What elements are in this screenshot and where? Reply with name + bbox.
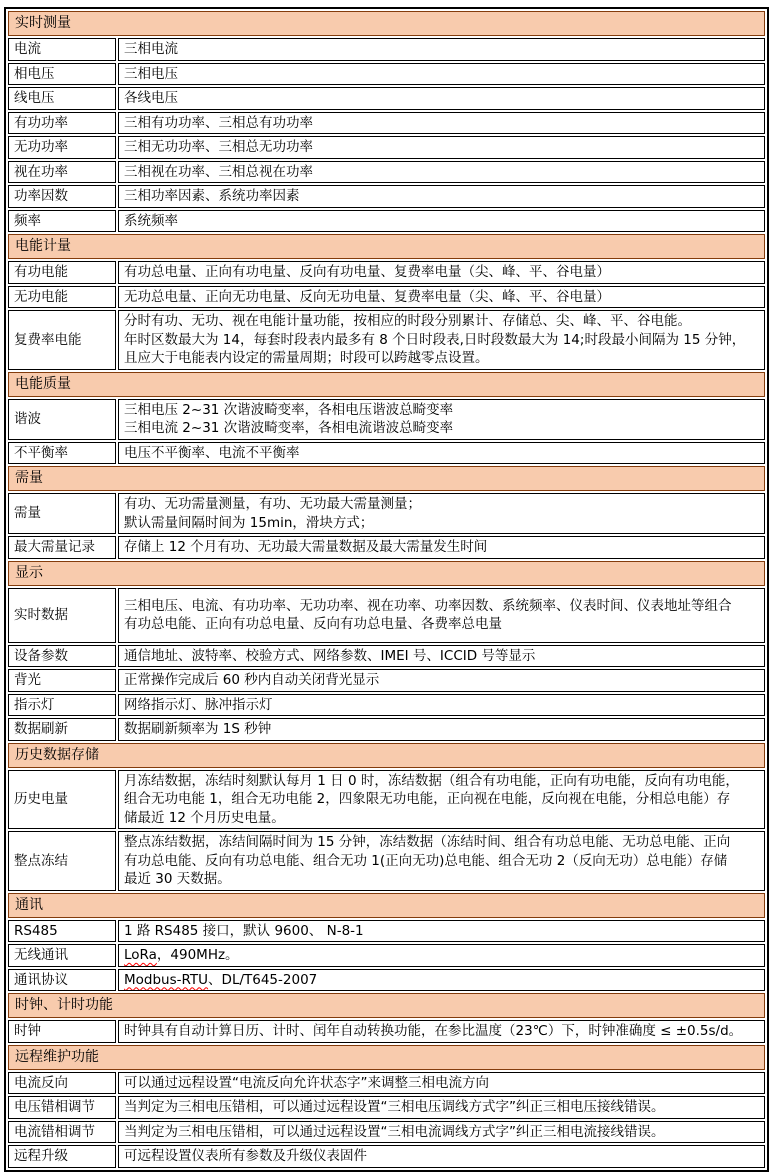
row-label: 无功功率: [8, 136, 116, 159]
row-label: 有功电能: [8, 261, 116, 284]
table-row: 需量有功、无功需量测量，有功、无功最大需量测量；默认需量间隔时间为 15min，…: [8, 493, 765, 534]
table-row: 最大需量记录存储上 12 个月有功、无功最大需量数据及最大需量发生时间: [8, 536, 765, 559]
section-row: 电能计量: [8, 234, 765, 259]
row-label: 时钟: [8, 1020, 116, 1043]
table-row: 有功功率三相有功功率、三相总有功功率: [8, 112, 765, 135]
table-row: 背光正常操作完成后 60 秒内自动关闭背光显示: [8, 669, 765, 692]
section-header: 电能计量: [8, 234, 765, 259]
row-label: 指示灯: [8, 694, 116, 717]
table-row: 无线通讯LoRa，490MHz。: [8, 944, 765, 967]
row-content: 三相电压、电流、有功功率、无功功率、视在功率、功率因数、系统频率、仪表时间、仪表…: [118, 588, 765, 643]
row-label: 电流错相调节: [8, 1121, 116, 1144]
row-content: 月冻结数据，冻结时刻默认每月 1 日 0 时，冻结数据（组合有功电能，正向有功电…: [118, 770, 765, 830]
section-row: 远程维护功能: [8, 1045, 765, 1070]
section-row: 实时测量: [8, 11, 765, 36]
table-row: 复费率电能分时有功、无功、视在电能计量功能，按相应的时段分别累计、存储总、尖、峰…: [8, 310, 765, 370]
table-row: 频率系统频率: [8, 210, 765, 233]
row-label: 功率因数: [8, 185, 116, 208]
spec-table-body: 实时测量电流三相电流相电压三相电压线电压各线电压有功功率三相有功功率、三相总有功…: [8, 11, 765, 1168]
row-content: 1 路 RS485 接口，默认 9600、 N-8-1: [118, 920, 765, 943]
table-row: 功率因数三相功率因素、系统功率因素: [8, 185, 765, 208]
table-row: 不平衡率电压不平衡率、电流不平衡率: [8, 442, 765, 465]
table-row: 无功功率三相无功功率、三相总无功功率: [8, 136, 765, 159]
section-header: 通讯: [8, 893, 765, 918]
section-row: 时钟、计时功能: [8, 993, 765, 1018]
row-label: 有功功率: [8, 112, 116, 135]
row-content: 三相功率因素、系统功率因素: [118, 185, 765, 208]
row-label: 频率: [8, 210, 116, 233]
row-label: 线电压: [8, 87, 116, 110]
row-content: 系统频率: [118, 210, 765, 233]
table-row: 谐波三相电压 2~31 次谐波畸变率，各相电压谐波总畸变率三相电流 2~31 次…: [8, 399, 765, 440]
table-row: 数据刷新数据刷新频率为 1S 秒钟: [8, 718, 765, 741]
row-label: 复费率电能: [8, 310, 116, 370]
row-label: 无线通讯: [8, 944, 116, 967]
table-row: 指示灯网络指示灯、脉冲指示灯: [8, 694, 765, 717]
section-header: 实时测量: [8, 11, 765, 36]
table-row: 电流错相调节当判定为三相电压错相，可以通过远程设置“三相电流调线方式字”纠正三相…: [8, 1121, 765, 1144]
table-row: RS4851 路 RS485 接口，默认 9600、 N-8-1: [8, 920, 765, 943]
row-content: 当判定为三相电压错相，可以通过远程设置“三相电压调线方式字”纠正三相电压接线错误…: [118, 1096, 765, 1119]
row-label: 远程升级: [8, 1145, 116, 1168]
row-content: 三相无功功率、三相总无功功率: [118, 136, 765, 159]
row-label: 设备参数: [8, 645, 116, 668]
row-label: 谐波: [8, 399, 116, 440]
row-label: 不平衡率: [8, 442, 116, 465]
row-content: 可远程设置仪表所有参数及升级仪表固件: [118, 1145, 765, 1168]
table-row: 实时数据三相电压、电流、有功功率、无功功率、视在功率、功率因数、系统频率、仪表时…: [8, 588, 765, 643]
row-content: 各线电压: [118, 87, 765, 110]
table-row: 相电压三相电压: [8, 63, 765, 86]
table-row: 无功电能无功总电量、正向无功电量、反向无功电量、复费率电量（尖、峰、平、谷电量）: [8, 286, 765, 309]
row-label: 电压错相调节: [8, 1096, 116, 1119]
table-row: 设备参数通信地址、波特率、校验方式、网络参数、IMEI 号、ICCID 号等显示: [8, 645, 765, 668]
table-row: 通讯协议Modbus-RTU、DL/T645-2007: [8, 969, 765, 992]
section-header: 时钟、计时功能: [8, 993, 765, 1018]
row-content: 三相视在功率、三相总视在功率: [118, 161, 765, 184]
row-label: 最大需量记录: [8, 536, 116, 559]
table-row: 远程升级可远程设置仪表所有参数及升级仪表固件: [8, 1145, 765, 1168]
row-content: 三相有功功率、三相总有功功率: [118, 112, 765, 135]
table-row: 线电压各线电压: [8, 87, 765, 110]
table-row: 整点冻结整点冻结数据，冻结间隔时间为 15 分钟，冻结数据（冻结时间、组合有功总…: [8, 831, 765, 891]
table-row: 视在功率三相视在功率、三相总视在功率: [8, 161, 765, 184]
row-label: RS485: [8, 920, 116, 943]
row-content: 正常操作完成后 60 秒内自动关闭背光显示: [118, 669, 765, 692]
row-content: LoRa，490MHz。: [118, 944, 765, 967]
spec-table: 实时测量电流三相电流相电压三相电压线电压各线电压有功功率三相有功功率、三相总有功…: [4, 7, 769, 1172]
row-label: 背光: [8, 669, 116, 692]
row-content: 三相电流: [118, 38, 765, 61]
table-row: 电流反向可以通过远程设置“电流反向允许状态字”来调整三相电流方向: [8, 1072, 765, 1095]
table-row: 时钟时钟具有自动计算日历、计时、闰年自动转换功能，在参比温度（23℃）下，时钟准…: [8, 1020, 765, 1043]
section-row: 显示: [8, 561, 765, 586]
section-row: 通讯: [8, 893, 765, 918]
row-content: 数据刷新频率为 1S 秒钟: [118, 718, 765, 741]
table-row: 电压错相调节当判定为三相电压错相，可以通过远程设置“三相电压调线方式字”纠正三相…: [8, 1096, 765, 1119]
row-label: 无功电能: [8, 286, 116, 309]
row-content: 有功总电量、正向有功电量、反向有功电量、复费率电量（尖、峰、平、谷电量）: [118, 261, 765, 284]
row-content: 三相电压: [118, 63, 765, 86]
row-content: 网络指示灯、脉冲指示灯: [118, 694, 765, 717]
section-header: 显示: [8, 561, 765, 586]
section-header: 历史数据存储: [8, 743, 765, 768]
row-content: 可以通过远程设置“电流反向允许状态字”来调整三相电流方向: [118, 1072, 765, 1095]
row-content: 通信地址、波特率、校验方式、网络参数、IMEI 号、ICCID 号等显示: [118, 645, 765, 668]
row-label: 视在功率: [8, 161, 116, 184]
row-content: 无功总电量、正向无功电量、反向无功电量、复费率电量（尖、峰、平、谷电量）: [118, 286, 765, 309]
row-label: 历史电量: [8, 770, 116, 830]
row-content: 有功、无功需量测量，有功、无功最大需量测量；默认需量间隔时间为 15min，滑块…: [118, 493, 765, 534]
row-label: 电流反向: [8, 1072, 116, 1095]
section-header: 远程维护功能: [8, 1045, 765, 1070]
row-content: 分时有功、无功、视在电能计量功能，按相应的时段分别累计、存储总、尖、峰、平、谷电…: [118, 310, 765, 370]
section-row: 历史数据存储: [8, 743, 765, 768]
row-label: 需量: [8, 493, 116, 534]
spellcheck-wavy-text: Modbus-RTU: [124, 972, 208, 988]
section-header: 需量: [8, 466, 765, 491]
row-content: 电压不平衡率、电流不平衡率: [118, 442, 765, 465]
row-content: 当判定为三相电压错相，可以通过远程设置“三相电流调线方式字”纠正三相电流接线错误…: [118, 1121, 765, 1144]
row-label: 数据刷新: [8, 718, 116, 741]
section-row: 需量: [8, 466, 765, 491]
row-label: 整点冻结: [8, 831, 116, 891]
row-label: 电流: [8, 38, 116, 61]
row-content: 三相电压 2~31 次谐波畸变率，各相电压谐波总畸变率三相电流 2~31 次谐波…: [118, 399, 765, 440]
section-header: 电能质量: [8, 372, 765, 397]
row-label: 实时数据: [8, 588, 116, 643]
table-row: 历史电量月冻结数据，冻结时刻默认每月 1 日 0 时，冻结数据（组合有功电能，正…: [8, 770, 765, 830]
spellcheck-wavy-text: LoRa: [124, 947, 157, 963]
row-content: Modbus-RTU、DL/T645-2007: [118, 969, 765, 992]
row-content: 整点冻结数据，冻结间隔时间为 15 分钟，冻结数据（冻结时间、组合有功总电能、无…: [118, 831, 765, 891]
row-label: 通讯协议: [8, 969, 116, 992]
row-label: 相电压: [8, 63, 116, 86]
table-row: 有功电能有功总电量、正向有功电量、反向有功电量、复费率电量（尖、峰、平、谷电量）: [8, 261, 765, 284]
section-row: 电能质量: [8, 372, 765, 397]
row-content: 时钟具有自动计算日历、计时、闰年自动转换功能，在参比温度（23℃）下，时钟准确度…: [118, 1020, 765, 1043]
row-content: 存储上 12 个月有功、无功最大需量数据及最大需量发生时间: [118, 536, 765, 559]
table-row: 电流三相电流: [8, 38, 765, 61]
